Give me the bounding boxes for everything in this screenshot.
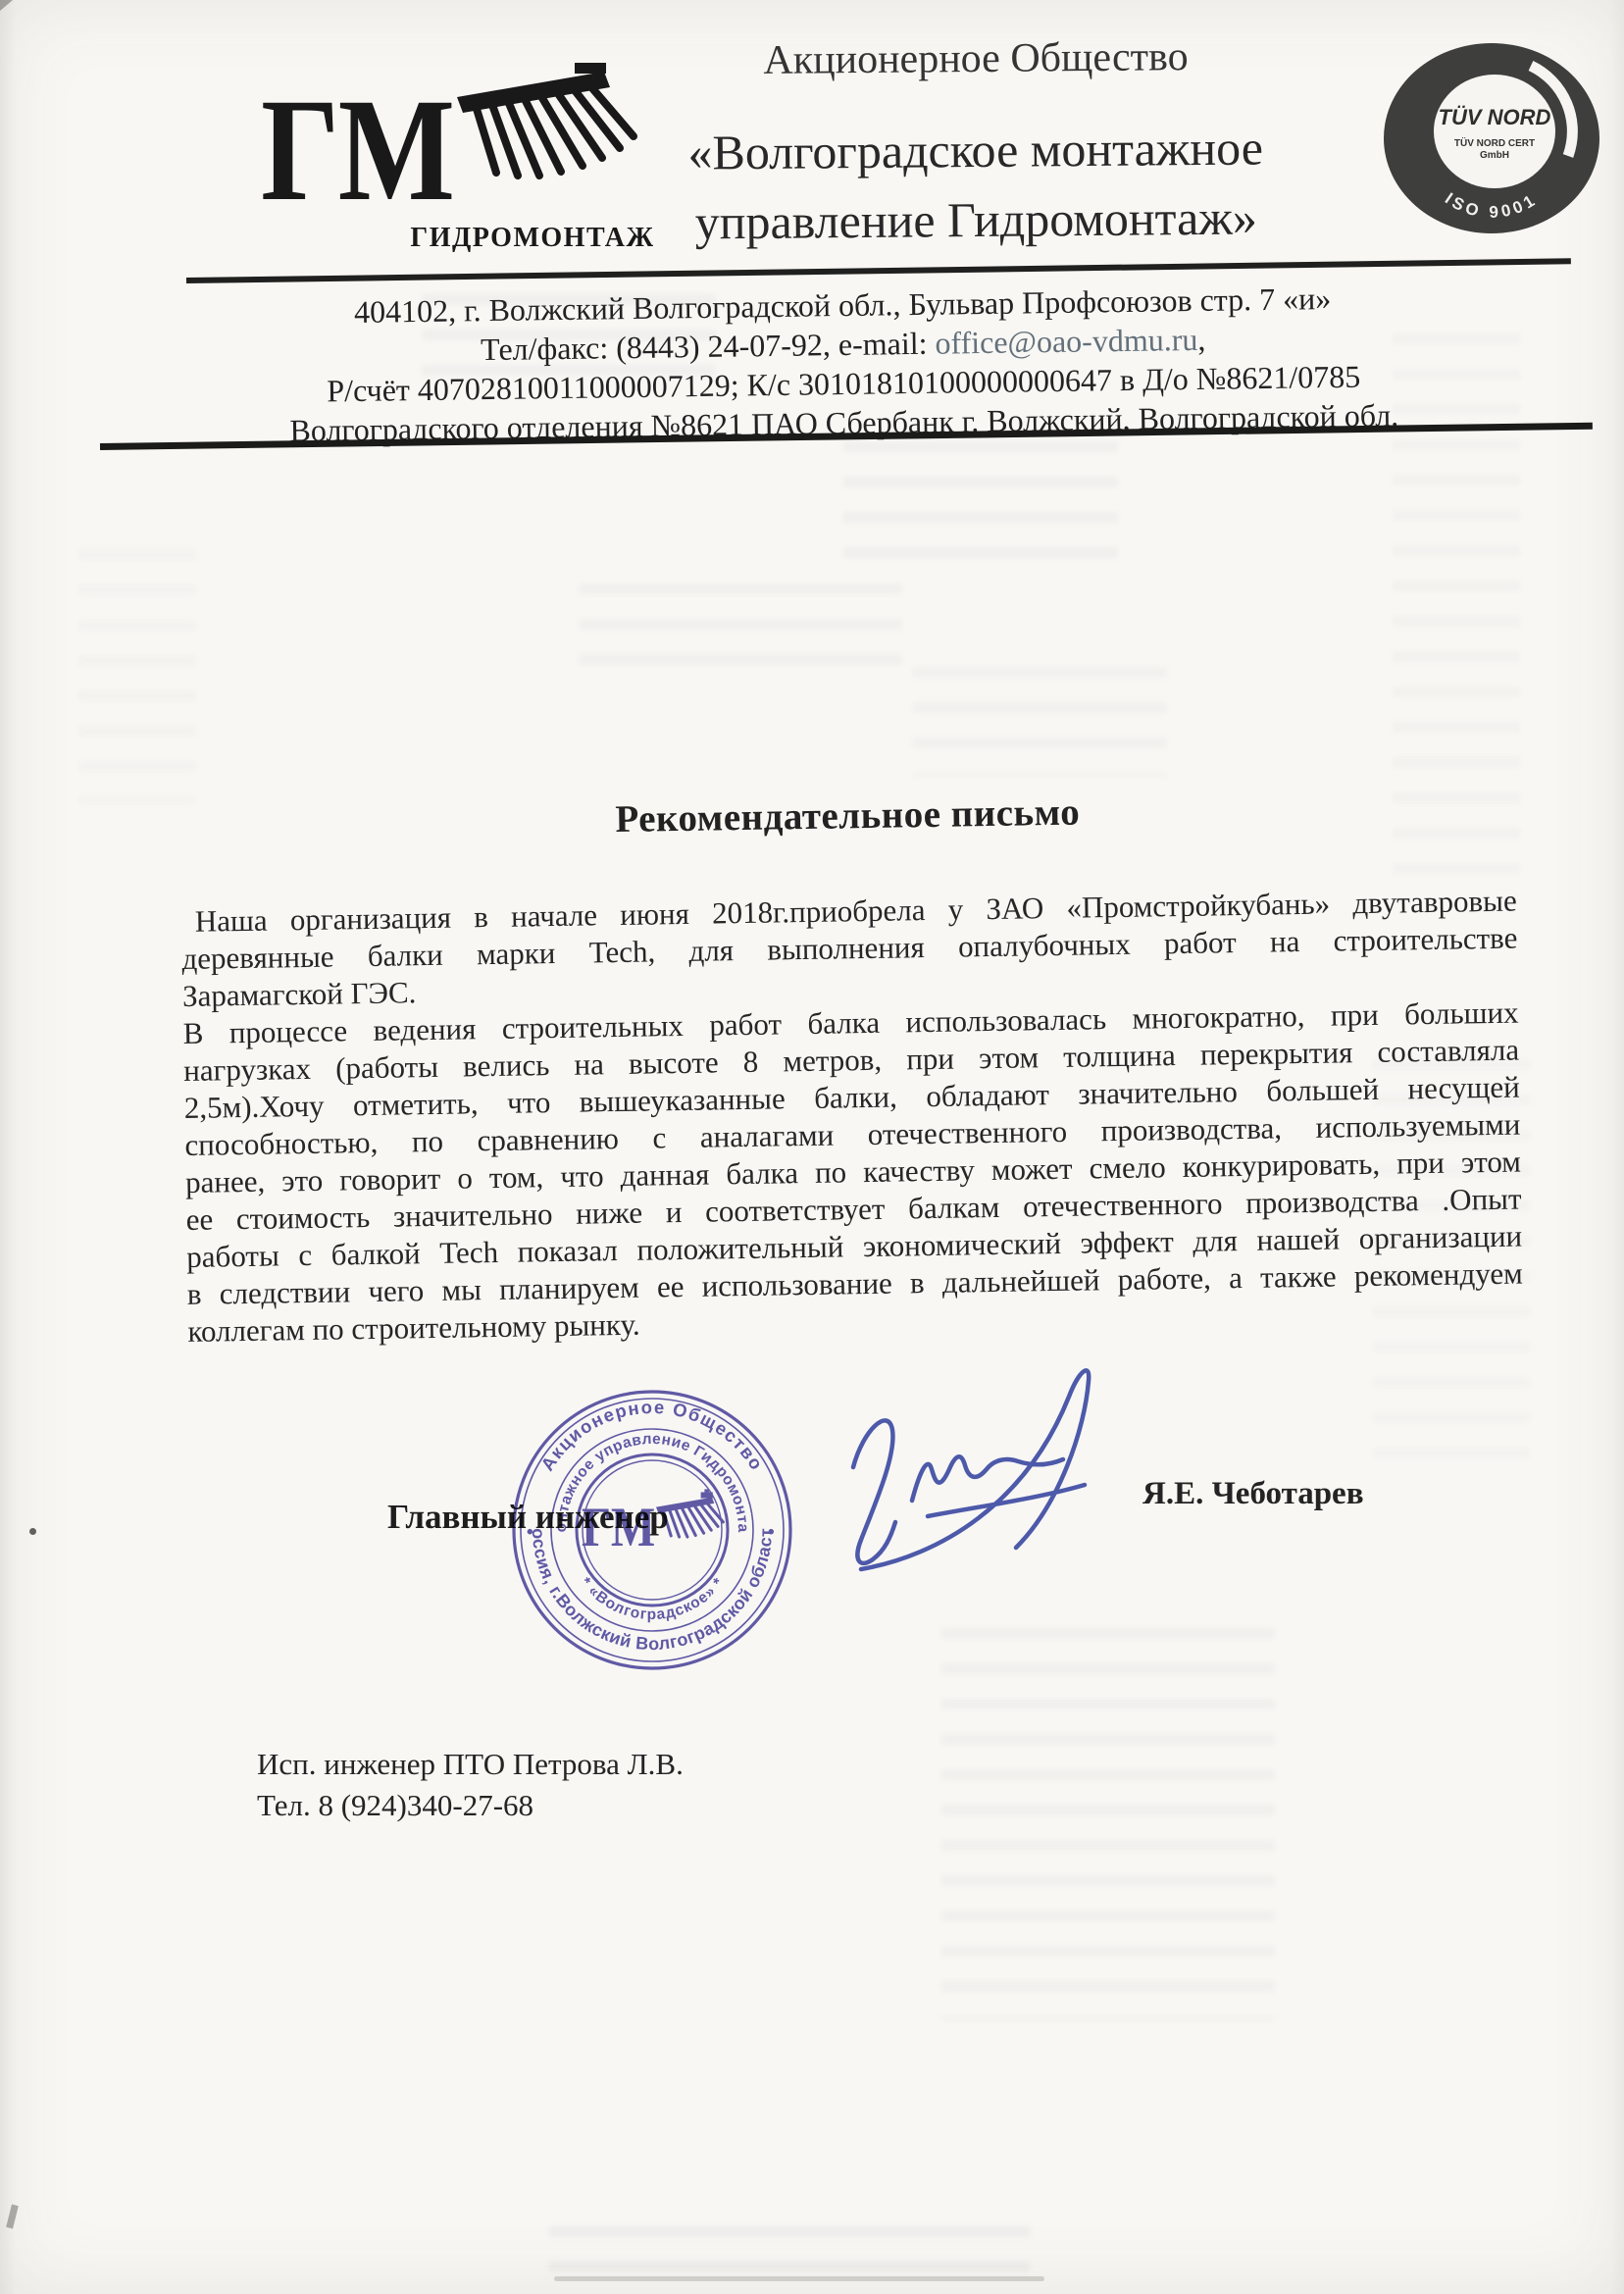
company-stamp: Акционерное Общество Россия, г.Волжский … <box>507 1385 797 1675</box>
signer-name: Я.Е. Чеботарев <box>1142 1476 1364 1512</box>
scan-artifact <box>6 2205 19 2229</box>
seal-cert: TÜV NORD CERT <box>1454 136 1535 149</box>
scan-artifact <box>0 0 13 11</box>
stamp-outer-top-text: Акционерное Общество <box>536 1397 768 1474</box>
scan-artifact <box>554 2276 1044 2281</box>
company-logo: ГИДРОМОНТАЖ <box>261 63 653 269</box>
letter-body: Рекомендательное письмо Наша организация… <box>179 784 1524 1351</box>
address-line2-prefix: Тел/факс: (8443) 24-07-92, e-mail: <box>481 326 936 367</box>
org-type: Акционерное Общество <box>642 32 1309 85</box>
stamp-bullet-left: • <box>527 1522 533 1543</box>
bleedthrough-ghost <box>579 584 902 666</box>
signature-ink <box>802 1312 1141 1636</box>
scanned-letter-page: ГИДРОМОНТАЖ Акционерное Общество «Волгог… <box>0 0 1624 2294</box>
paragraph-2: В процессе ведения строительных работ ба… <box>182 994 1523 1351</box>
address-email: office@oao-vdmu.ru <box>935 322 1197 361</box>
bleedthrough-ghost <box>912 667 1167 777</box>
footer-line1: Исп. инженер ПТО Петрова Л.В. <box>257 1744 684 1785</box>
tuv-nord-seal: TÜV NORD TÜV NORD CERT GmbH ISO 9001 <box>1381 39 1602 237</box>
stamp-bullet-right: • <box>768 1522 775 1543</box>
seal-gmbh: GmbH <box>1480 150 1509 161</box>
bleedthrough-ghost <box>843 441 1118 559</box>
paragraph-1: Наша организация в начале июня 2018г.при… <box>181 883 1519 1015</box>
letter-text: Наша организация в начале июня 2018г.при… <box>181 883 1524 1351</box>
org-name-line2: управление Гидромонтаж» <box>603 182 1349 259</box>
stamp-center-logo <box>582 1489 723 1558</box>
footer-contact: Исп. инженер ПТО Петрова Л.В. Тел. 8 (92… <box>257 1744 684 1826</box>
org-name-line1: «Волгоградское монтажное <box>602 113 1348 189</box>
address-line2-suffix: , <box>1197 322 1206 357</box>
letter-title: Рекомендательное письмо <box>179 784 1516 848</box>
footer-line2: Тел. 8 (924)340-27-68 <box>257 1785 684 1826</box>
bleedthrough-ghost <box>941 1628 1275 2020</box>
seal-brand: TÜV NORD <box>1439 105 1551 129</box>
bleedthrough-ghost <box>549 2226 1030 2271</box>
org-name: «Волгоградское монтажное управление Гидр… <box>602 113 1348 259</box>
bleedthrough-ghost <box>78 549 196 804</box>
scan-artifact-dot <box>29 1528 36 1535</box>
